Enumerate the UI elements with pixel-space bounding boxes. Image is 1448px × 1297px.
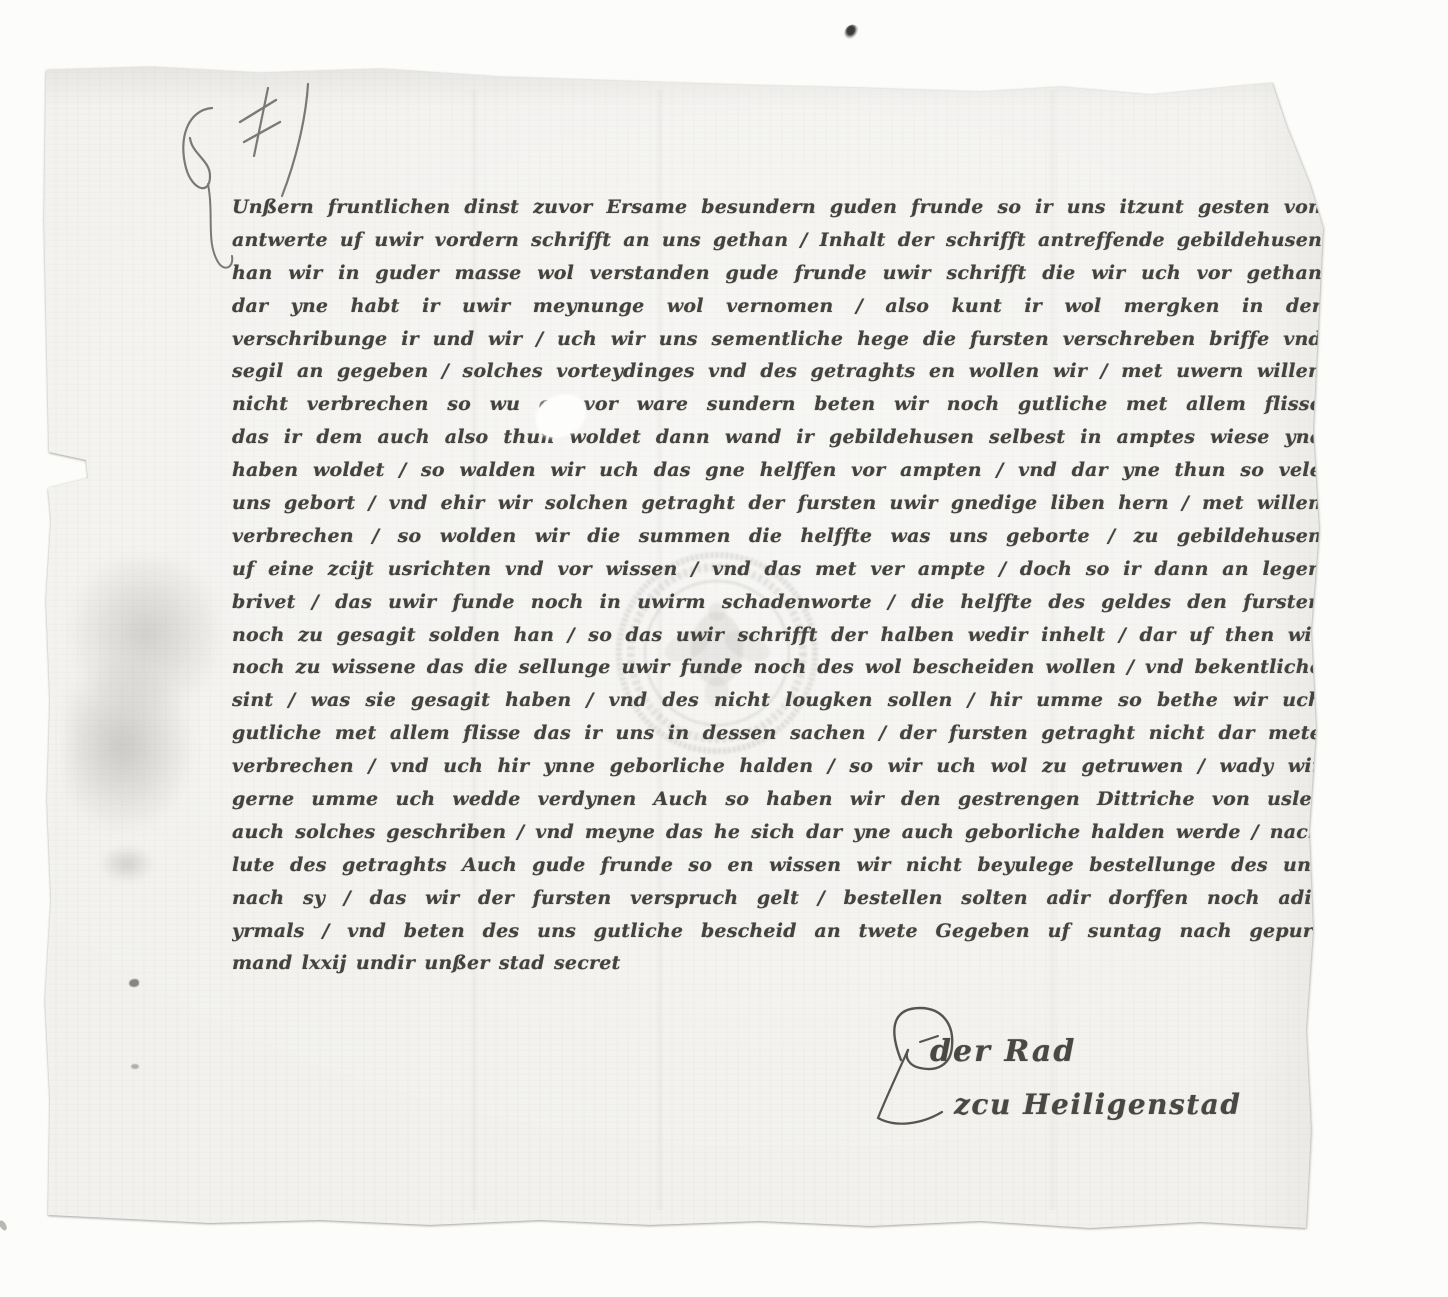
signature-sender: der Rad (930, 1034, 1076, 1069)
ink-speck (131, 1064, 139, 1069)
paper-sheet: Unßern fruntlichen dinst zuvor Ersame be… (0, 0, 1448, 1297)
manuscript-line: antwerte uf uwir vordern schrifft an uns… (232, 224, 1322, 257)
manuscript-line: das ir dem auch also thun woldet dann wa… (232, 421, 1322, 454)
manuscript-line: nicht verbrechen so wu en vor ware sunde… (232, 388, 1322, 421)
manuscript-line: uf eine zcijt usrichten vnd vor wissen /… (232, 553, 1322, 586)
manuscript-line: dar yne habt ir uwir meynunge wol vernom… (232, 290, 1322, 323)
signature-place: zcu Heiligenstad (954, 1088, 1241, 1121)
manuscript-line: gerne umme uch wedde verdynen Auch so ha… (232, 783, 1322, 816)
manuscript-line: Unßern fruntlichen dinst zuvor Ersame be… (232, 191, 1322, 224)
manuscript-line: mand lxxij undir unßer stad secret (232, 947, 886, 980)
manuscript-line: noch zu gesagit solden han / so das uwir… (232, 619, 1322, 652)
manuscript-line: sint / was sie gesagit haben / vnd des n… (232, 684, 1322, 717)
manuscript-line: verschribunge ir und wir / uch wir uns s… (232, 323, 1322, 356)
manuscript-line: yrmals / vnd beten des uns gutliche besc… (232, 915, 1322, 948)
manuscript-line: gutliche met allem flisse das ir uns in … (232, 717, 1322, 750)
ink-speck (129, 979, 139, 987)
paper-surface: Unßern fruntlichen dinst zuvor Ersame be… (0, 0, 1448, 1297)
water-stain (68, 555, 253, 835)
manuscript-line: han wir in guder masse wol verstanden gu… (232, 257, 1322, 290)
manuscript-line: brivet / das uwir funde noch in uwirm sc… (232, 586, 1322, 619)
pen-flourish (178, 80, 348, 280)
manuscript-line: lute des getraghts Auch gude frunde so e… (232, 849, 1322, 882)
text-block: Unßern fruntlichen dinst zuvor Ersame be… (232, 191, 1322, 980)
manuscript-line: auch solches geschriben / vnd meyne das … (232, 816, 1322, 849)
manuscript-line: segil an gegeben / solches vorteydinges … (232, 355, 1322, 388)
small-stain (88, 838, 166, 890)
manuscript-line: verbrechen / vnd uch hir ynne geborliche… (232, 750, 1322, 783)
manuscript-line: nach sy / das wir der fursten verspruch … (232, 882, 1322, 915)
manuscript-line: haben woldet / so walden wir uch das gne… (232, 454, 1322, 487)
manuscript-line: uns gebort / vnd ehir wir solchen getrag… (232, 487, 1322, 520)
manuscript-line: verbrechen / so wolden wir die summen di… (232, 520, 1322, 553)
manuscript-scan: { "scan": { "background_color": "#fcfcfb… (0, 0, 1448, 1297)
manuscript-line: noch zu wissene das die sellunge uwir fu… (232, 651, 1322, 684)
